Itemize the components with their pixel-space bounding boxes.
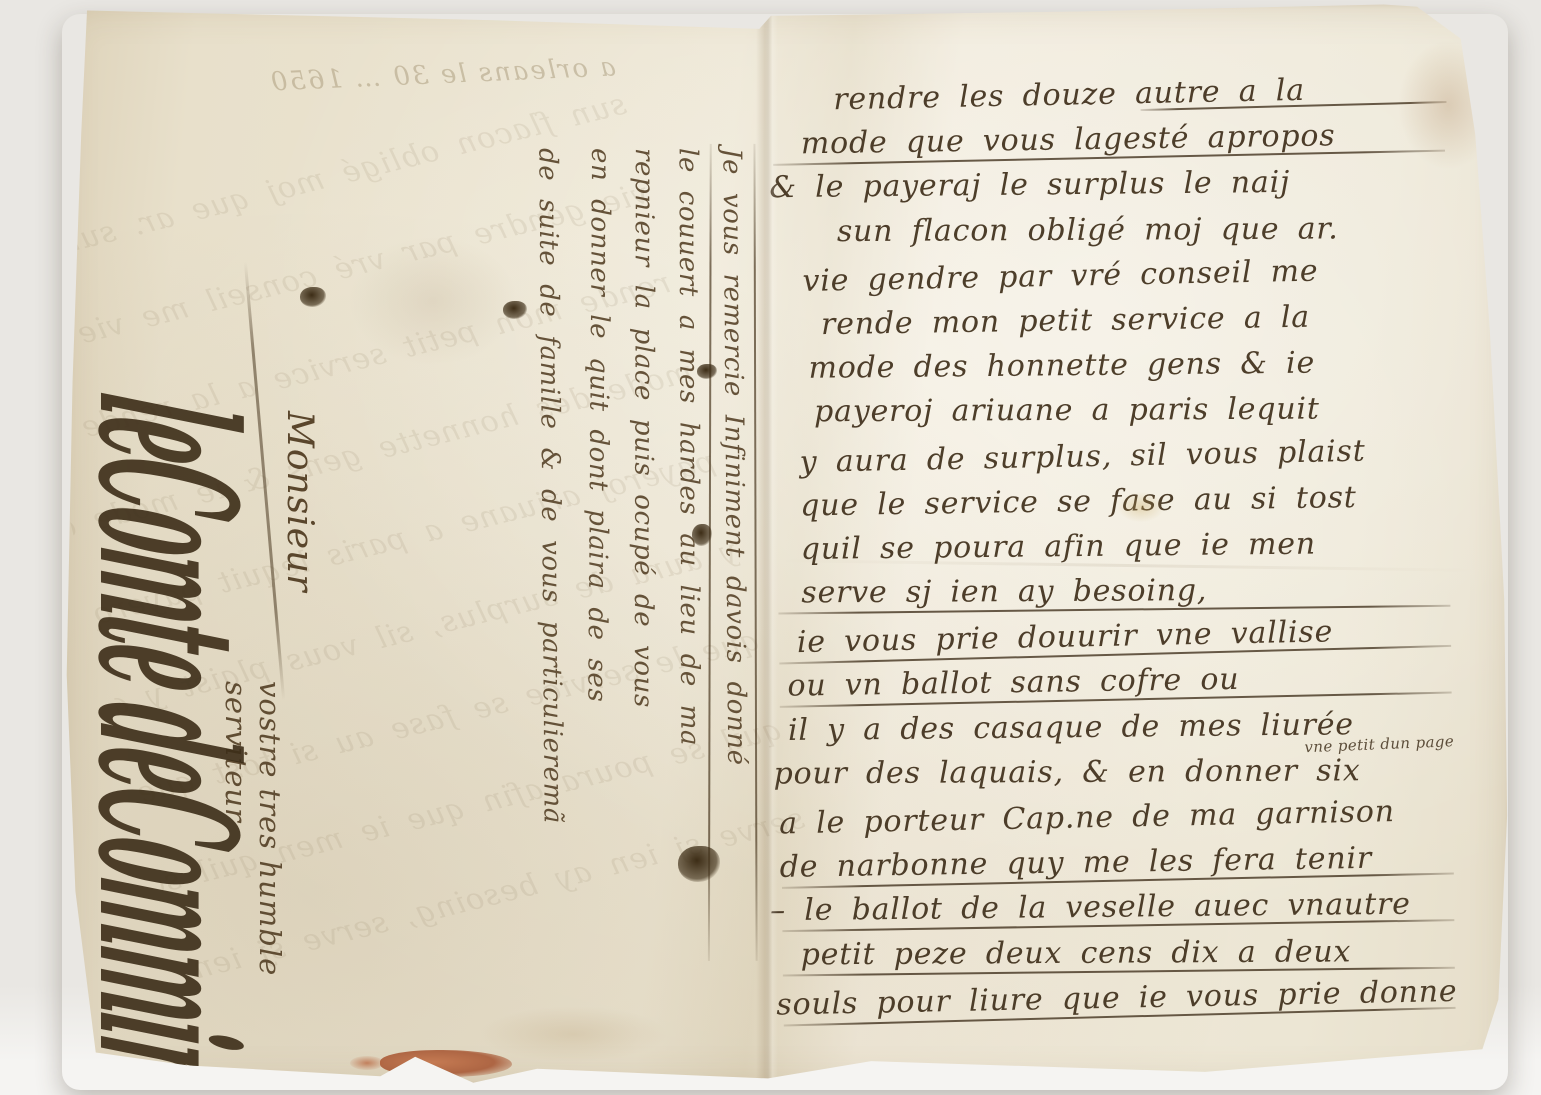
manuscript-line: le couuert a mes hardes au lieu de ma: [665, 136, 714, 1086]
center-fold: [756, 4, 778, 1086]
manuscript-line: & le payeraj le surplus le naij: [759, 158, 1471, 211]
manuscript-line: – le ballot de la veselle auec vnautre: [768, 881, 1480, 934]
manuscript-line: de suite de famille & de vous particulie…: [524, 136, 577, 1086]
letter-bifolium-paper: sun flacon obligé moj que ar. sun flacon…: [58, 4, 1510, 1086]
signature: leComte deComminge: [51, 384, 281, 656]
paper-stain: [1118, 492, 1164, 522]
manuscript-line: mode des honnette gens & ie: [761, 339, 1473, 392]
paper-stain: [478, 1006, 668, 1062]
photograph-of-manuscript-letter: sun flacon obligé moj que ar. sun flacon…: [0, 0, 1541, 1095]
postscript-paragraph: Je vous remercie Infiniment davois donné…: [528, 136, 758, 1086]
paper-stain: [348, 236, 518, 366]
salutation: Monsieur: [279, 411, 320, 631]
manuscript-line: repnieur la place puis ocupé de vous: [619, 136, 667, 1086]
page-left-verso: sun flacon obligé moj que ar. sun flacon…: [58, 4, 758, 1086]
page-right-recto: rendre les douze autre a lamode que vous…: [758, 4, 1510, 1086]
letter-body-text: rendre les douze autre a lamode que vous…: [758, 67, 1482, 1025]
manuscript-line: Je vous remercie Infiniment davois donné: [708, 136, 761, 1086]
manuscript-line: en donner le quit dont plaira de ses: [571, 136, 623, 1086]
wax-residue: [350, 1056, 384, 1070]
